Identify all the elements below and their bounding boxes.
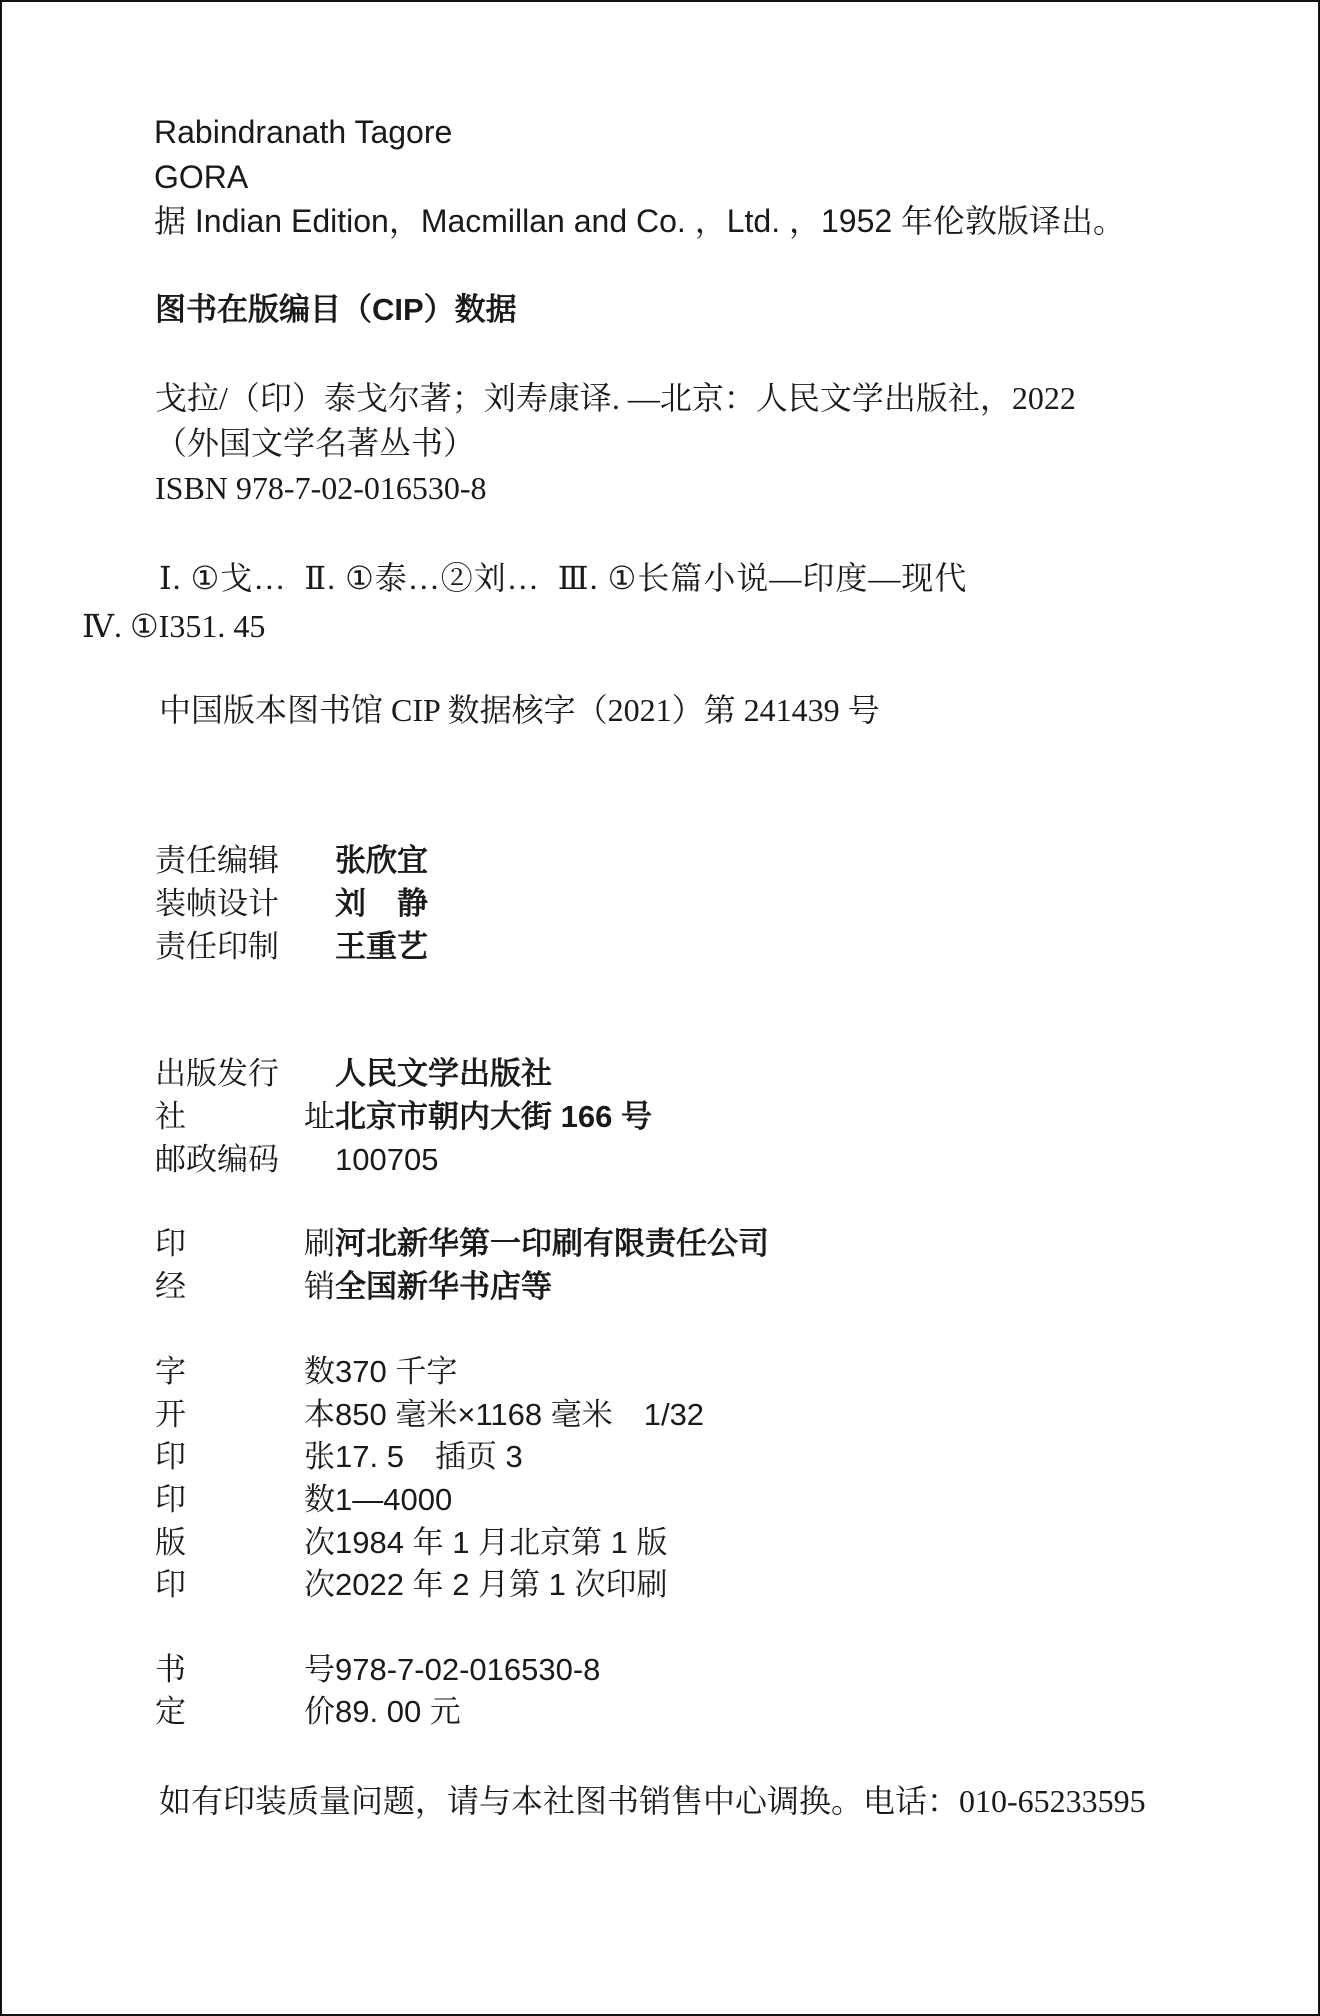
spec-value: 17. 5 插页 3	[335, 1441, 523, 1472]
spec-value: 1984 年 1 月北京第 1 版	[335, 1527, 668, 1558]
book-label: 定价	[155, 1696, 335, 1727]
spec-row-format: 开本 850 毫米×1168 毫米 1/32	[155, 1399, 704, 1430]
quality-notice: 如有印装质量问题，请与本社图书销售中心调换。电话：010-65233595	[159, 1785, 1146, 1817]
cip-line-series: （外国文学名著丛书）	[155, 427, 475, 459]
publisher-label: 邮政编码	[155, 1144, 335, 1175]
cip-heading: 图书在版编目（CIP）数据	[155, 294, 517, 325]
publisher-row-name: 出版发行 人民文学出版社	[155, 1058, 552, 1089]
publisher-label: 社址	[155, 1101, 335, 1132]
spec-row-print-run: 印数 1—4000	[155, 1484, 452, 1515]
publisher-row-address: 社址 北京市朝内大街 166 号	[155, 1101, 652, 1132]
cip-classification-1: Ⅰ. ①戈… Ⅱ. ①泰…②刘… Ⅲ. ①长篇小说—印度—现代	[159, 562, 967, 594]
publisher-value: 北京市朝内大街 166 号	[335, 1101, 652, 1132]
staff-row-designer: 装帧设计 刘 静	[155, 888, 428, 919]
publisher-value: 100705	[335, 1144, 438, 1175]
publisher-label: 出版发行	[155, 1058, 335, 1089]
spec-label: 印次	[155, 1569, 335, 1600]
book-row-isbn: 书号 978-7-02-016530-8	[155, 1654, 600, 1685]
spec-label: 字数	[155, 1356, 335, 1387]
spec-row-sheets: 印张 17. 5 插页 3	[155, 1441, 523, 1472]
book-label: 书号	[155, 1654, 335, 1685]
book-row-price: 定价 89. 00 元	[155, 1696, 461, 1727]
book-value: 978-7-02-016530-8	[335, 1654, 600, 1685]
publisher-value: 人民文学出版社	[335, 1058, 552, 1089]
spec-row-edition: 版次 1984 年 1 月北京第 1 版	[155, 1527, 668, 1558]
spec-value: 2022 年 2 月第 1 次印刷	[335, 1569, 668, 1600]
staff-row-editor: 责任编辑 张欣宜	[155, 845, 428, 876]
spec-row-impression: 印次 2022 年 2 月第 1 次印刷	[155, 1569, 668, 1600]
cip-classification-2: Ⅳ. ①I351. 45	[82, 610, 265, 642]
copyright-page: Rabindranath Tagore GORA 据 Indian Editio…	[0, 0, 1320, 2016]
printing-value: 全国新华书店等	[335, 1271, 552, 1302]
cip-approval-number: 中国版本图书馆 CIP 数据核字（2021）第 241439 号	[159, 694, 880, 726]
publisher-row-postcode: 邮政编码 100705	[155, 1144, 438, 1175]
staff-value: 刘 静	[335, 888, 428, 919]
printing-label: 印刷	[155, 1228, 335, 1259]
staff-row-print-supervisor: 责任印制 王重艺	[155, 931, 428, 962]
cip-line-isbn: ISBN 978-7-02-016530-8	[155, 472, 487, 504]
staff-value: 张欣宜	[335, 845, 428, 876]
spec-value: 370 千字	[335, 1356, 457, 1387]
author-english: Rabindranath Tagore	[154, 116, 452, 148]
spec-label: 印张	[155, 1441, 335, 1472]
book-value: 89. 00 元	[335, 1696, 461, 1727]
source-edition-note: 据 Indian Edition，Macmillan and Co. ，Ltd.…	[154, 205, 1125, 237]
cip-line-title: 戈拉/（印）泰戈尔著；刘寿康译. —北京：人民文学出版社，2022	[155, 382, 1076, 414]
staff-label: 责任编辑	[155, 845, 335, 876]
staff-label: 责任印制	[155, 931, 335, 962]
spec-value: 850 毫米×1168 毫米 1/32	[335, 1399, 704, 1430]
spec-label: 开本	[155, 1399, 335, 1430]
printing-row-printer: 印刷 河北新华第一印刷有限责任公司	[155, 1228, 769, 1259]
spec-label: 版次	[155, 1527, 335, 1558]
title-english: GORA	[154, 161, 248, 193]
printing-value: 河北新华第一印刷有限责任公司	[335, 1228, 769, 1259]
spec-row-word-count: 字数 370 千字	[155, 1356, 457, 1387]
spec-label: 印数	[155, 1484, 335, 1515]
staff-value: 王重艺	[335, 931, 428, 962]
spec-value: 1—4000	[335, 1484, 452, 1515]
printing-label: 经销	[155, 1271, 335, 1302]
printing-row-distributor: 经销 全国新华书店等	[155, 1271, 552, 1302]
staff-label: 装帧设计	[155, 888, 335, 919]
